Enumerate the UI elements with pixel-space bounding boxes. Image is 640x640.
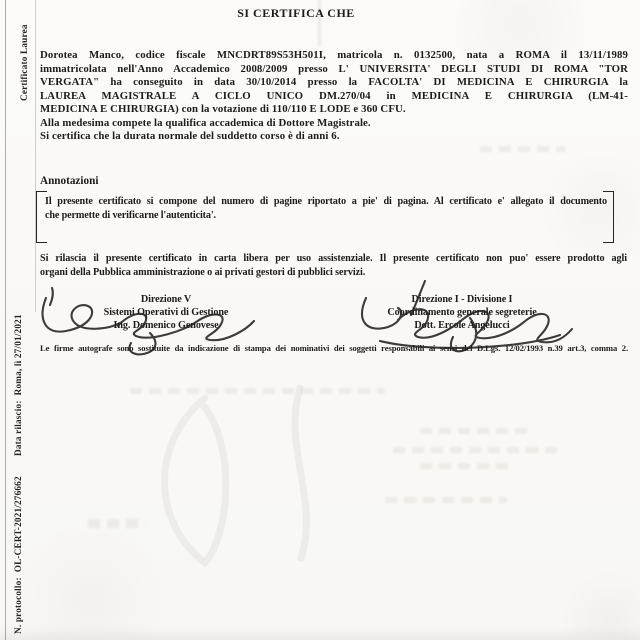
- fold-line: [35, 0, 36, 312]
- signature-office: Sistemi Operativi di Gestione: [58, 307, 274, 320]
- margin-issue-date: Data rilascio: Roma, lì 27/01/2021: [13, 314, 23, 456]
- legal-note: Le firme autografe sono sostituite da in…: [40, 343, 628, 354]
- body-line: immatricolata nell'Anno Accademico 2008/…: [40, 63, 628, 77]
- signature-name: Dott. Ercole Angelucci: [354, 320, 570, 333]
- bleedthrough-artifact: [130, 388, 385, 394]
- bleedthrough-artifact: [420, 428, 532, 434]
- signature-block-right: Direzione I - Divisione I Coordinamento …: [354, 294, 570, 332]
- annotation-line: che permette di verificarne l'autenticit…: [45, 209, 607, 223]
- bleedthrough-artifact: [88, 519, 146, 528]
- signature-name: Ing. Domenico Genovese: [58, 320, 274, 333]
- bleedthrough-artifact: [393, 447, 561, 453]
- body-line: VERGATA" ha conseguito in data 30/10/201…: [40, 76, 628, 90]
- degree-title-line: Alla medesima compete la qualifica accad…: [40, 117, 628, 131]
- course-duration-line: Si certifica che la durata normale del s…: [40, 130, 628, 144]
- body-line: LAUREA MAGISTRALE A CICLO UNICO DM.270/0…: [40, 90, 628, 104]
- annotations-label: Annotazioni: [40, 175, 98, 187]
- margin-doc-type: Certificato Laurea: [19, 24, 29, 101]
- signature-office: Coordinamento generale segreterie: [354, 307, 570, 320]
- bleedthrough-artifact: [385, 497, 507, 503]
- annotations-box: Il presente certificato si compone del n…: [36, 191, 614, 241]
- bleedthrough-artifact: [480, 146, 566, 152]
- scanned-certificate-page: Certificato Laurea Data rilascio: Roma, …: [0, 0, 640, 640]
- signature-dept: Direzione V: [58, 294, 274, 307]
- release-line: Si rilascia il presente certificato in c…: [40, 252, 627, 266]
- body-line: MEDICINA E CHIRURGIA) con la votazione d…: [40, 103, 628, 117]
- bleedthrough-artifact: [420, 463, 512, 469]
- scan-bottom-shade: [0, 626, 640, 640]
- certificate-body: Dorotea Manco, codice fiscale MNCDRT89S5…: [40, 49, 628, 144]
- margin-protocol-number: N. protocollo: OL-CERT-2021/276662: [13, 476, 23, 634]
- annotation-text: Il presente certificato si compone del n…: [45, 195, 607, 223]
- release-line: organi della Pubblica amministrazione o …: [40, 266, 627, 280]
- signature-dept: Direzione I - Divisione I: [354, 294, 570, 307]
- signature-block-left: Direzione V Sistemi Operativi di Gestion…: [58, 294, 274, 332]
- body-line: Dorotea Manco, codice fiscale MNCDRT89S5…: [40, 49, 628, 63]
- scan-edge-line: [5, 0, 6, 640]
- release-statement: Si rilascia il presente certificato in c…: [40, 252, 627, 280]
- certificate-title: SI CERTIFICA CHE: [0, 6, 592, 21]
- annotation-line: Il presente certificato si compone del n…: [45, 195, 607, 209]
